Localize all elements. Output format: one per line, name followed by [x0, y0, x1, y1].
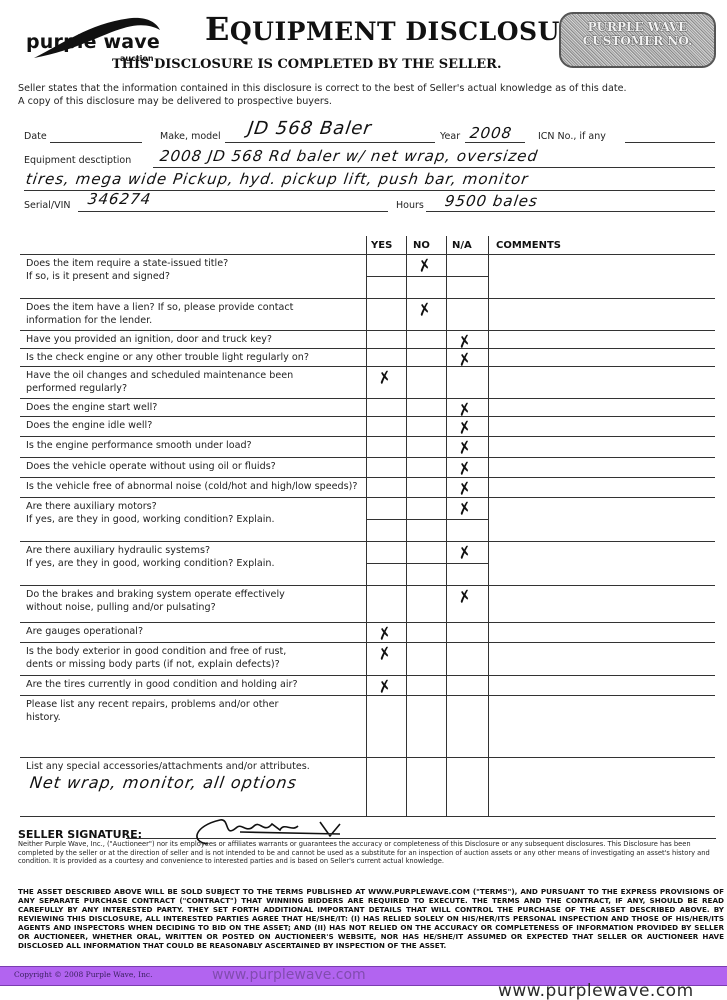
comments-cell[interactable] [488, 585, 715, 622]
question-text: Are there auxiliary motors? If yes, are … [26, 500, 366, 526]
answer-cell-no[interactable] [406, 398, 446, 416]
answer-cell-no[interactable] [406, 541, 446, 585]
question-text: Does the engine start well? [26, 401, 366, 414]
answer-cell-no[interactable] [406, 757, 446, 816]
answer-cell-na[interactable] [446, 622, 488, 642]
question-text: Are gauges operational? [26, 625, 366, 638]
comments-cell[interactable] [488, 622, 715, 642]
accessories-field[interactable]: Net wrap, monitor, all options [29, 773, 299, 792]
hours-field[interactable]: 9500 bales [444, 192, 539, 210]
date-field[interactable] [50, 142, 142, 143]
question-text: Does the item have a lien? If so, please… [26, 301, 366, 327]
disclaimer-text: Neither Purple Wave, Inc., ("Auctioneer"… [18, 840, 724, 866]
comments-cell[interactable] [488, 675, 715, 695]
answer-cell-no[interactable] [406, 416, 446, 436]
comments-cell[interactable] [488, 330, 715, 348]
comments-cell[interactable] [488, 497, 715, 541]
page-title: EQUIPMENT DISCLOSURE [205, 10, 601, 48]
comments-cell[interactable] [488, 457, 715, 477]
answer-cell-yes[interactable] [366, 416, 406, 436]
logo-wordmark: purple wave [26, 31, 160, 53]
comments-cell[interactable] [488, 398, 715, 416]
question-text: Have the oil changes and scheduled maint… [26, 369, 366, 395]
answer-cell-no[interactable] [406, 330, 446, 348]
answer-cell-no[interactable] [406, 497, 446, 541]
comments-cell[interactable] [488, 254, 715, 298]
watermark-text: www.purplewave.com [212, 967, 366, 983]
equipment-description-label: Equipment desctiption [24, 155, 131, 166]
answer-cell-na[interactable] [446, 254, 488, 298]
website-link[interactable]: www.purplewave.com [498, 981, 694, 1000]
subtitle: THIS DISCLOSURE IS COMPLETED BY THE SELL… [112, 57, 502, 72]
answer-cell-no[interactable] [406, 436, 446, 457]
question-text: Is the body exterior in good condition a… [26, 645, 366, 671]
comments-cell[interactable] [488, 416, 715, 436]
customer-number-stamp: PURPLE WAVE CUSTOMER NO. [559, 12, 716, 68]
answer-cell-yes[interactable] [366, 497, 406, 541]
comments-cell[interactable] [488, 642, 715, 675]
make-model-label: Make, model [160, 131, 221, 142]
question-text: Are the tires currently in good conditio… [26, 678, 366, 691]
answer-cell-no[interactable] [406, 366, 446, 398]
column-header-yes: YES [371, 240, 392, 251]
answer-cell-no[interactable] [406, 348, 446, 366]
make-model-field[interactable]: JD 568 Baler [247, 118, 374, 139]
icn-field[interactable] [625, 142, 715, 143]
answer-cell-no[interactable] [406, 695, 446, 757]
answer-cell-no[interactable] [406, 477, 446, 497]
question-text: Is the check engine or any other trouble… [26, 351, 366, 364]
answer-cell-yes[interactable] [366, 457, 406, 477]
answer-cell-yes[interactable] [366, 477, 406, 497]
year-label: Year [440, 131, 460, 142]
answer-cell-yes[interactable] [366, 330, 406, 348]
answer-cell-no[interactable] [406, 622, 446, 642]
answer-cell-no[interactable] [406, 585, 446, 622]
question-text: List any special accessories/attachments… [26, 760, 366, 773]
comments-cell[interactable] [488, 298, 715, 330]
answer-cell-na[interactable] [446, 642, 488, 675]
comments-cell[interactable] [488, 757, 715, 816]
answer-cell-no[interactable] [406, 457, 446, 477]
comments-cell[interactable] [488, 348, 715, 366]
column-header-no: NO [413, 240, 430, 251]
equipment-description-line2[interactable]: tires, mega wide Pickup, hyd. pickup lif… [25, 170, 530, 188]
answer-cell-na[interactable] [446, 675, 488, 695]
answer-cell-no[interactable] [406, 642, 446, 675]
answer-cell-yes[interactable] [366, 348, 406, 366]
comments-cell[interactable] [488, 366, 715, 398]
answer-cell-yes[interactable] [366, 695, 406, 757]
answer-cell-yes[interactable] [366, 398, 406, 416]
serial-vin-field[interactable]: 346274 [87, 190, 153, 208]
answer-cell-yes[interactable] [366, 585, 406, 622]
comments-cell[interactable] [488, 695, 715, 757]
year-field[interactable]: 2008 [469, 124, 514, 142]
answer-cell-yes[interactable] [366, 254, 406, 298]
comments-cell[interactable] [488, 541, 715, 585]
copyright-text: Copyright © 2008 Purple Wave, Inc. [14, 970, 153, 979]
answer-cell-yes[interactable] [366, 436, 406, 457]
comments-cell[interactable] [488, 477, 715, 497]
equipment-description-line1[interactable]: 2008 JD 568 Rd baler w/ net wrap, oversi… [159, 147, 540, 165]
answer-cell-no[interactable] [406, 675, 446, 695]
answer-cell-na[interactable] [446, 298, 488, 330]
question-text: Is the engine performance smooth under l… [26, 439, 366, 452]
hours-label: Hours [396, 200, 424, 211]
question-text: Does the vehicle operate without using o… [26, 460, 366, 473]
answer-cell-na[interactable] [446, 366, 488, 398]
comments-cell[interactable] [488, 436, 715, 457]
question-text: Please list any recent repairs, problems… [26, 698, 366, 724]
answer-cell-na[interactable] [446, 695, 488, 757]
question-text: Do the brakes and braking system operate… [26, 588, 366, 614]
column-header-na: N/A [452, 240, 472, 251]
question-text: Are there auxiliary hydraulic systems? I… [26, 544, 366, 570]
date-label: Date [24, 131, 47, 142]
answer-cell-na[interactable] [446, 757, 488, 816]
intro-statement: Seller states that the information conta… [18, 82, 718, 108]
serial-vin-label: Serial/VIN [24, 200, 71, 211]
question-text: Does the engine idle well? [26, 419, 366, 432]
terms-text: THE ASSET DESCRIBED ABOVE WILL BE SOLD S… [18, 887, 724, 950]
column-header-comments: COMMENTS [496, 240, 561, 251]
question-text: Have you provided an ignition, door and … [26, 333, 366, 346]
answer-cell-yes[interactable] [366, 541, 406, 585]
question-text: Does the item require a state-issued tit… [26, 257, 366, 283]
answer-cell-yes[interactable] [366, 298, 406, 330]
icn-label: ICN No., if any [538, 131, 606, 142]
question-text: Is the vehicle free of abnormal noise (c… [26, 480, 366, 493]
